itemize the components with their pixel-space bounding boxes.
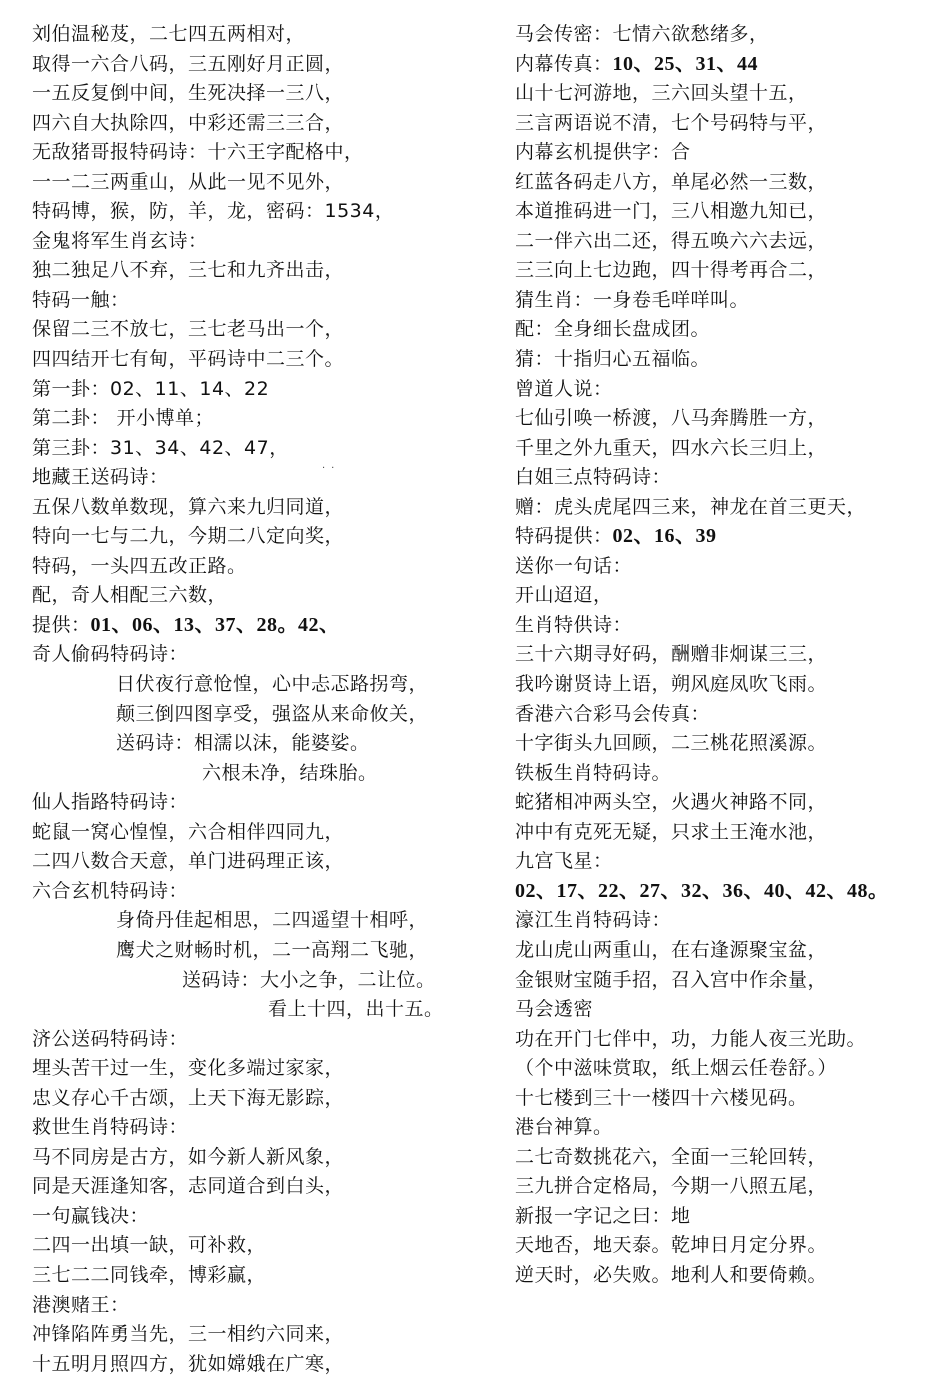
text-line: 三七二二同钱牵，博彩赢， — [32, 1261, 472, 1291]
text-line: 铁板生肖特码诗。 — [515, 759, 930, 789]
text-line: 提供：01、06、13、37、28。42、 — [32, 611, 472, 641]
text-line: 一五反复倒中间，生死决择一三八， — [32, 79, 472, 109]
text-line: 六合玄机特码诗： — [32, 877, 472, 907]
text-line: 千里之外九重天，四水六长三归上， — [515, 434, 930, 464]
text-line: 取得一六合八码，三五刚好月正圆， — [32, 50, 472, 80]
text-line: 七仙引唤一桥渡，八马奔腾胜一方， — [515, 404, 930, 434]
text-line: 日伏夜行意怆惶，心中忐忑路拐弯， — [32, 670, 472, 700]
text-line: 马不同房是古方，如今新人新风象， — [32, 1143, 472, 1173]
text-line: 冲锋陷阵勇当先，三一相约六同来， — [32, 1320, 472, 1350]
text-line: 二一伴六出二还，得五唤六六去远， — [515, 227, 930, 257]
right-column: 马会传密：七情六欲愁绪多，内幕传真：10、25、31、44山十七河游地，三六回头… — [515, 20, 930, 1291]
text-line: 逆天时，必失败。地利人和要倚赖。 — [515, 1261, 930, 1291]
text-line: 特码，一头四五改正路。 — [32, 552, 472, 582]
left-column: 刘伯温秘芨，二七四五两相对，取得一六合八码，三五刚好月正圆，一五反复倒中间，生死… — [32, 20, 472, 1379]
text-line: 配：全身细长盘成团。 — [515, 315, 930, 345]
text-line: 十七楼到三十一楼四十六楼见码。 — [515, 1084, 930, 1114]
text-line: 三言两语说不清，七个号码特与平， — [515, 109, 930, 139]
text-line: 埋头苦干过一生，变化多端过家家， — [32, 1054, 472, 1084]
line-label: 特码提供： — [515, 525, 613, 547]
text-line: 山十七河游地，三六回头望十五， — [515, 79, 930, 109]
text-line: 九宫飞星： — [515, 847, 930, 877]
text-line: 十字街头九回顾，二三桃花照溪源。 — [515, 729, 930, 759]
text-line: 港台神算。 — [515, 1113, 930, 1143]
text-line: 二四一出填一缺，可补救， — [32, 1231, 472, 1261]
text-line: 内幕传真：10、25、31、44 — [515, 50, 930, 80]
text-line: 龙山虎山两重山，在右逢源聚宝盆， — [515, 936, 930, 966]
text-line: 香港六合彩马会传真： — [515, 700, 930, 730]
text-line: 一一二三两重山，从此一见不见外， — [32, 168, 472, 198]
text-line: 地藏王送码诗： — [32, 463, 472, 493]
text-line: 天地否，地天泰。乾坤日月定分界。 — [515, 1231, 930, 1261]
text-line: 看上十四，出十五。 — [32, 995, 472, 1025]
number-list: 10、25、31、44 — [613, 53, 759, 75]
text-line: 十五明月照四方，犹如嫦娥在广寒， — [32, 1350, 472, 1380]
text-line: 第二卦： 开小博单； — [32, 404, 472, 434]
text-line: 开山迢迢， — [515, 581, 930, 611]
number-list: 02、17、22、27、32、36、40、42、48。 — [515, 880, 889, 902]
text-line: 二四八数合天意，单门进码理正该， — [32, 847, 472, 877]
text-line: 三三向上七边跑，四十得考再合二， — [515, 256, 930, 286]
text-line: 特码博，猴，防，羊，龙，密码：1534， — [32, 197, 472, 227]
text-line: 济公送码特码诗： — [32, 1025, 472, 1055]
text-line: 猜生肖：一身卷毛咩咩叫。 — [515, 286, 930, 316]
text-line: 五保八数单数现，算六来九归同道， — [32, 493, 472, 523]
text-line: 一句赢钱决： — [32, 1202, 472, 1232]
text-line: 送码诗：大小之争，二让位。 — [32, 966, 472, 996]
text-line: 功在开门七伴中，功，力能人夜三光助。 — [515, 1025, 930, 1055]
text-line: 身倚丹佳起相思，二四遥望十相呼， — [32, 906, 472, 936]
text-line: 马会传密：七情六欲愁绪多， — [515, 20, 930, 50]
text-line: 忠义存心千古颂，上天下海无影踪， — [32, 1084, 472, 1114]
text-line: 鹰犬之财畅时机，二一高翔二飞驰， — [32, 936, 472, 966]
text-line: 送你一句话： — [515, 552, 930, 582]
text-line: 曾道人说： — [515, 375, 930, 405]
text-line: 奇人偷码特码诗： — [32, 640, 472, 670]
stray-marks: ·· — [322, 463, 340, 474]
text-line: 四六自大执除四，中彩还需三三合， — [32, 109, 472, 139]
text-line: 白姐三点特码诗： — [515, 463, 930, 493]
number-list: 01、06、13、37、28。42、 — [91, 614, 340, 636]
text-line: 无敌猪哥报特码诗：十六王字配格中， — [32, 138, 472, 168]
text-line: 三九拼合定格局，今期一八照五尾， — [515, 1172, 930, 1202]
text-line: 四四结开七有甸，平码诗中二三个。 — [32, 345, 472, 375]
text-line: 特向一七与二九，今期二八定向奖， — [32, 522, 472, 552]
text-line: 保留二三不放七，三七老马出一个， — [32, 315, 472, 345]
text-line: 马会透密 — [515, 995, 930, 1025]
text-line: 特码提供：02、16、39 — [515, 522, 930, 552]
text-line: 同是天涯逢知客，志同道合到白头， — [32, 1172, 472, 1202]
text-line: 金银财宝随手招，召入宫中作余量， — [515, 966, 930, 996]
text-line: 配，奇人相配三六数， — [32, 581, 472, 611]
text-line: 冲中有克死无疑，只求土王淹水池， — [515, 818, 930, 848]
text-line: 救世生肖特码诗： — [32, 1113, 472, 1143]
line-label: 提供： — [32, 614, 91, 636]
text-line: 金鬼将军生肖玄诗： — [32, 227, 472, 257]
text-line: 赠：虎头虎尾四三来，神龙在首三更天， — [515, 493, 930, 523]
number-list: 02、16、39 — [613, 525, 717, 547]
text-line: 仙人指路特码诗： — [32, 788, 472, 818]
text-line: 港澳赌王： — [32, 1291, 472, 1321]
text-line: 三十六期寻好码，酬赠非炯谋三三， — [515, 640, 930, 670]
text-line: （个中滋味赏取，纸上烟云任卷舒。） — [515, 1054, 930, 1084]
text-line: 猜：十指归心五福临。 — [515, 345, 930, 375]
text-line: 第三卦：31、34、42、47， — [32, 434, 472, 464]
text-line: 红蓝各码走八方，单尾必然一三数， — [515, 168, 930, 198]
text-line: 我吟谢贤诗上语，朔风庭凤吹飞雨。 — [515, 670, 930, 700]
text-line: 第一卦：02、11、14、22 — [32, 375, 472, 405]
text-line: 新报一字记之曰：地 — [515, 1202, 930, 1232]
text-line: 送码诗：相濡以沫，能婆娑。 — [32, 729, 472, 759]
text-line: 濠江生肖特码诗： — [515, 906, 930, 936]
text-line: 内幕玄机提供字：合 — [515, 138, 930, 168]
text-line: 二七奇数挑花六，全面一三轮回转， — [515, 1143, 930, 1173]
text-line: 六根未净，结珠胎。 — [32, 759, 472, 789]
text-line: 刘伯温秘芨，二七四五两相对， — [32, 20, 472, 50]
text-line: 蛇鼠一窝心惶惶，六合相伴四同九， — [32, 818, 472, 848]
line-label: 内幕传真： — [515, 53, 613, 75]
text-line: 蛇猪相冲两头空，火遇火神路不同， — [515, 788, 930, 818]
text-line: 02、17、22、27、32、36、40、42、48。 — [515, 877, 930, 907]
text-line: 独二独足八不弃，三七和九齐出击， — [32, 256, 472, 286]
text-line: 生肖特供诗： — [515, 611, 930, 641]
text-line: 特码一触： — [32, 286, 472, 316]
text-line: 本道推码进一门，三八相邀九知已， — [515, 197, 930, 227]
text-line: 颠三倒四图享受，强盗从来命攸关， — [32, 700, 472, 730]
